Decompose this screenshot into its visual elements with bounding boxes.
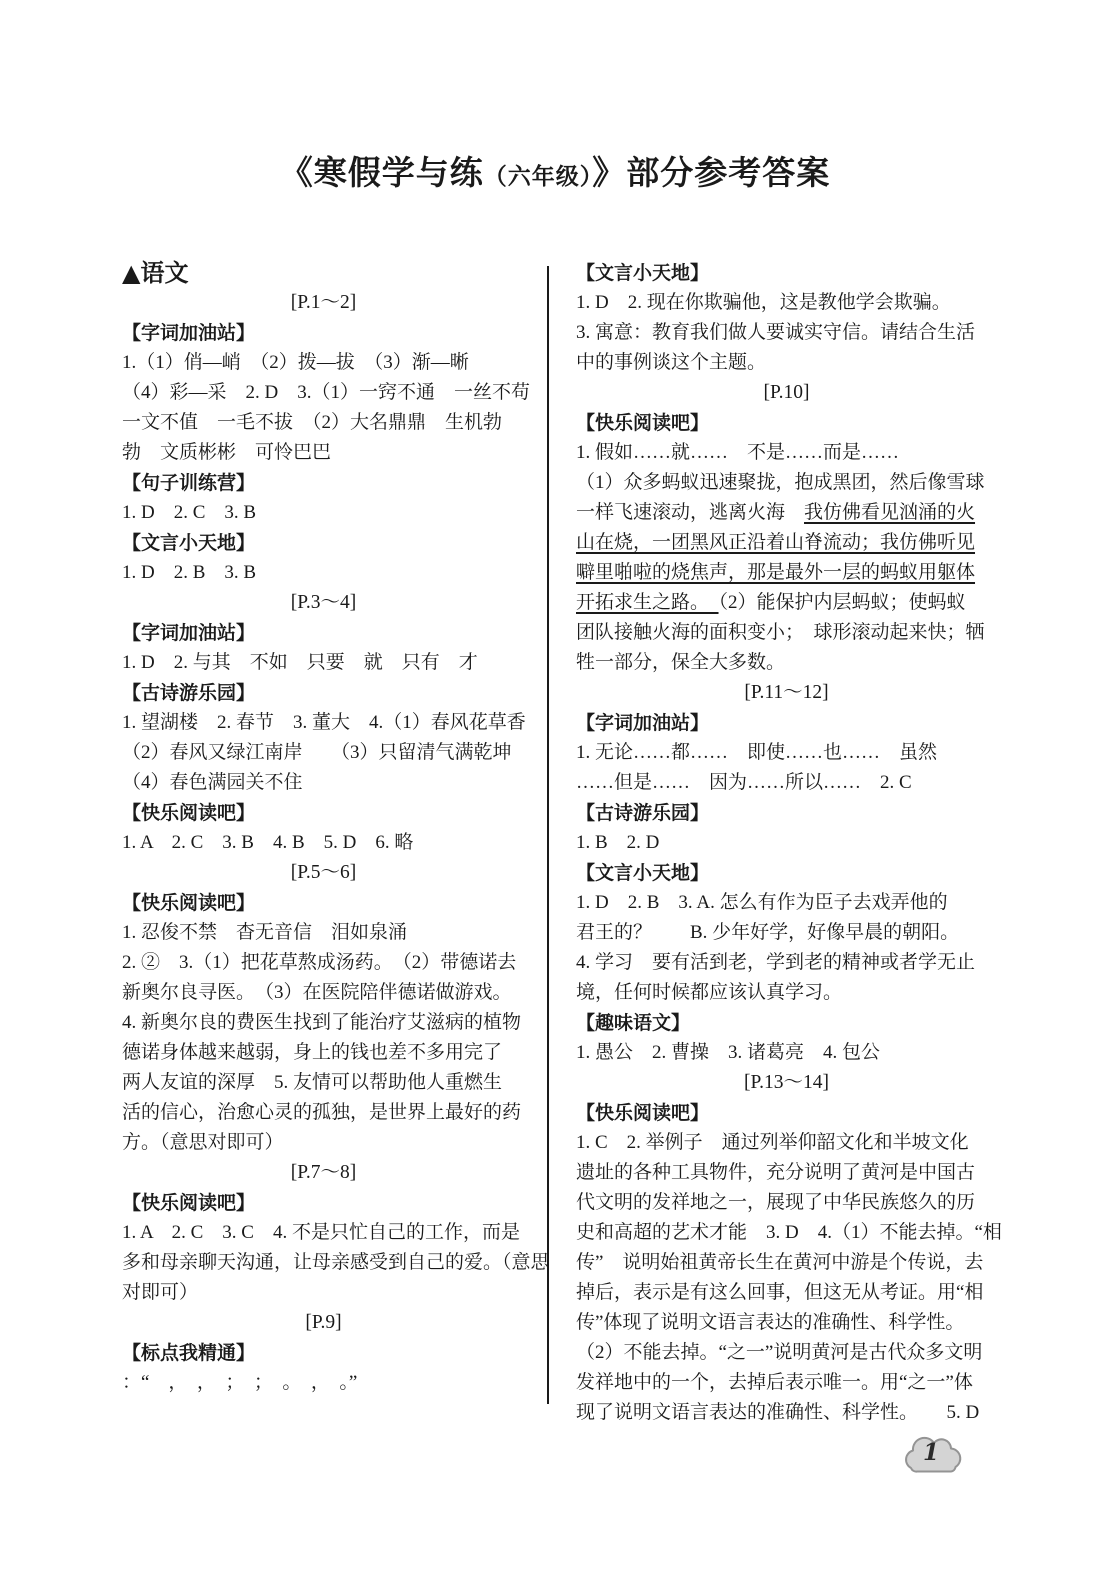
answer-line: （1）众多蚂蚁迅速聚拢，抱成黑团，然后像雪球 [576,468,997,498]
answer-line: 境，任何时候都应该认真学习。 [576,978,997,1008]
answer-line: 德诺身体越来越弱，身上的钱也差不多用完了 [122,1038,525,1068]
section-heading: 【字词加油站】 [122,318,525,348]
page-range-marker: [P.10] [576,378,997,408]
answer-line: 1. 忍俊不禁 杳无音信 泪如泉涌 [122,918,525,948]
page-range-marker: [P.13～14] [576,1068,997,1098]
section-heading: 【文言小天地】 [122,528,525,558]
section-heading: 【字词加油站】 [576,708,997,738]
answer-line: （4）彩—采 2. D 3.（1）一窍不通 一丝不苟 [122,378,525,408]
answer-line: 团队接触火海的面积变小； 球形滚动起来快；牺 [576,618,997,648]
answer-segment: （2）能保护内层蚂蚁；使蚂蚁 [719,592,966,613]
answer-line: 1.（1）俏—峭 （2）拨—拔 （3）渐—晰 [122,348,525,378]
answer-line: 新奥尔良寻医。 （3）在医院陪伴德诺做游戏。 [122,978,525,1008]
section-heading: 【文言小天地】 [576,258,997,288]
answer-line: 多和母亲聊天沟通，让母亲感受到自己的爱。（意思 [122,1248,525,1278]
answer-line: ：“ ， ， ； ； 。 ， 。” [122,1368,525,1398]
answer-segment: 一样飞速滚动，逃离火海 [576,502,804,523]
answer-line: 3. 寓意：教育我们做人要诚实守信。请结合生活 [576,318,997,348]
page-number: 1 [902,1439,960,1466]
section-heading: 【古诗游乐园】 [576,798,997,828]
answer-line: 1. 假如……就…… 不是……而是…… [576,438,997,468]
section-heading: 【字词加油站】 [122,618,525,648]
section-heading: 【句子训练营】 [122,468,525,498]
answer-line: 1. 愚公 2. 曹操 3. 诸葛亮 4. 包公 [576,1038,997,1068]
answer-line: 活的信心，治愈心灵的孤独，是世界上最好的药 [122,1098,525,1128]
section-heading: 【快乐阅读吧】 [576,408,997,438]
answer-line: 1. D 2. C 3. B [122,498,525,528]
answer-line: 对即可） [122,1278,525,1308]
subject-heading: ▲语文 [122,258,525,288]
answer-line: 1. B 2. D [576,828,997,858]
answer-line: 遗址的各种工具物件，充分说明了黄河是中国古 [576,1158,997,1188]
answer-line: 噼里啪啦的烧焦声，那是最外一层的蚂蚁用躯体 [576,558,997,588]
underlined-answer-segment: 山在烧，一团黑风正沿着山脊流动；我仿佛听见 [576,532,975,553]
page-range-marker: [P.7～8] [122,1158,525,1188]
page-range-marker: [P.9] [122,1308,525,1338]
answer-line: 1. D 2. B 3. B [122,558,525,588]
answer-line: 1. D 2. 与其 不如 只要 就 只有 才 [122,648,525,678]
section-heading: 【快乐阅读吧】 [122,888,525,918]
answer-line: 现了说明文语言表达的准确性、科学性。 5. D [576,1398,997,1428]
answer-line: 君王的？ B. 少年好学，好像早晨的朝阳。 [576,918,997,948]
document-title: 《寒假学与练（六年级）》部分参考答案 [0,150,1110,201]
underlined-answer-segment: 噼里啪啦的烧焦声，那是最外一层的蚂蚁用躯体 [576,562,975,583]
section-heading: 【古诗游乐园】 [122,678,525,708]
section-heading: 【标点我精通】 [122,1338,525,1368]
answer-line: 史和高超的艺术才能 3. D 4.（1）不能去掉。“相 [576,1218,997,1248]
underlined-answer-segment: 开拓求生之路。 [576,592,719,613]
answer-line: 开拓求生之路。 （2）能保护内层蚂蚁；使蚂蚁 [576,588,997,618]
answer-line: 发祥地中的一个，去掉后表示唯一。用“之一”体 [576,1368,997,1398]
answer-line: ……但是…… 因为……所以…… 2. C [576,768,997,798]
answer-line: 牲一部分，保全大多数。 [576,648,997,678]
section-heading: 【趣味语文】 [576,1008,997,1038]
column-divider [547,266,549,1404]
underlined-answer-segment: 我仿佛看见汹涌的火 [804,502,975,523]
answer-line: 传”体现了说明文语言表达的准确性、科学性。 [576,1308,997,1338]
answer-line: 掉后，表示是有这么回事，但这无从考证。用“相 [576,1278,997,1308]
answer-line: 两人友谊的深厚 5. 友情可以帮助他人重燃生 [122,1068,525,1098]
title-suffix: 》部分参考答案 [592,156,830,192]
answer-line: 1. D 2. B 3. A. 怎么有作为臣子去戏弄他的 [576,888,997,918]
answer-line: 1. A 2. C 3. C 4. 不是只忙自己的工作，而是 [122,1218,525,1248]
answer-line: （2）春风又绿江南岸 （3）只留清气满乾坤 [122,738,525,768]
page-range-marker: [P.5～6] [122,858,525,888]
answer-line: 传” 说明始祖黄帝长生在黄河中游是个传说，去 [576,1248,997,1278]
page-number-badge: 1 [902,1432,964,1476]
answer-line: 山在烧，一团黑风正沿着山脊流动；我仿佛听见 [576,528,997,558]
section-heading: 【快乐阅读吧】 [122,798,525,828]
title-grade-label: （六年级） [484,164,593,189]
answer-line: 2. ② 3.（1）把花草熬成汤药。 （2）带德诺去 [122,948,525,978]
answer-line: （2）不能去掉。“之一”说明黄河是古代众多文明 [576,1338,997,1368]
section-heading: 【文言小天地】 [576,858,997,888]
answer-key-page: 《寒假学与练（六年级）》部分参考答案 ▲语文[P.1～2]【字词加油站】1.（1… [0,0,1110,1571]
answer-line: 4. 新奥尔良的费医生找到了能治疗艾滋病的植物 [122,1008,525,1038]
page-range-marker: [P.1～2] [122,288,525,318]
answer-line: 1. C 2. 举例子 通过列举仰韶文化和半坡文化 [576,1128,997,1158]
answer-line: 一样飞速滚动，逃离火海 我仿佛看见汹涌的火 [576,498,997,528]
answer-line: 1. 望湖楼 2. 春节 3. 董大 4.（1）春风花草香 [122,708,525,738]
answer-line: 1. A 2. C 3. B 4. B 5. D 6. 略 [122,828,525,858]
answer-line: 中的事例谈这个主题。 [576,348,997,378]
left-answers-column: ▲语文[P.1～2]【字词加油站】1.（1）俏—峭 （2）拨—拔 （3）渐—晰（… [122,258,525,1398]
answer-line: （4）春色满园关不住 [122,768,525,798]
section-heading: 【快乐阅读吧】 [122,1188,525,1218]
title-prefix: 《寒假学与练 [280,156,484,192]
answer-line: 勃 文质彬彬 可怜巴巴 [122,438,525,468]
page-range-marker: [P.3～4] [122,588,525,618]
answer-line: 4. 学习 要有活到老，学到老的精神或者学无止 [576,948,997,978]
answer-line: 1. 无论……都…… 即使……也…… 虽然 [576,738,997,768]
right-answers-column: 【文言小天地】1. D 2. 现在你欺骗他，这是教他学会欺骗。3. 寓意：教育我… [576,258,997,1428]
answer-line: 方。（意思对即可） [122,1128,525,1158]
answer-line: 代文明的发祥地之一，展现了中华民族悠久的历 [576,1188,997,1218]
answer-line: 一文不值 一毛不拔 （2）大名鼎鼎 生机勃 [122,408,525,438]
section-heading: 【快乐阅读吧】 [576,1098,997,1128]
page-range-marker: [P.11～12] [576,678,997,708]
answer-line: 1. D 2. 现在你欺骗他，这是教他学会欺骗。 [576,288,997,318]
